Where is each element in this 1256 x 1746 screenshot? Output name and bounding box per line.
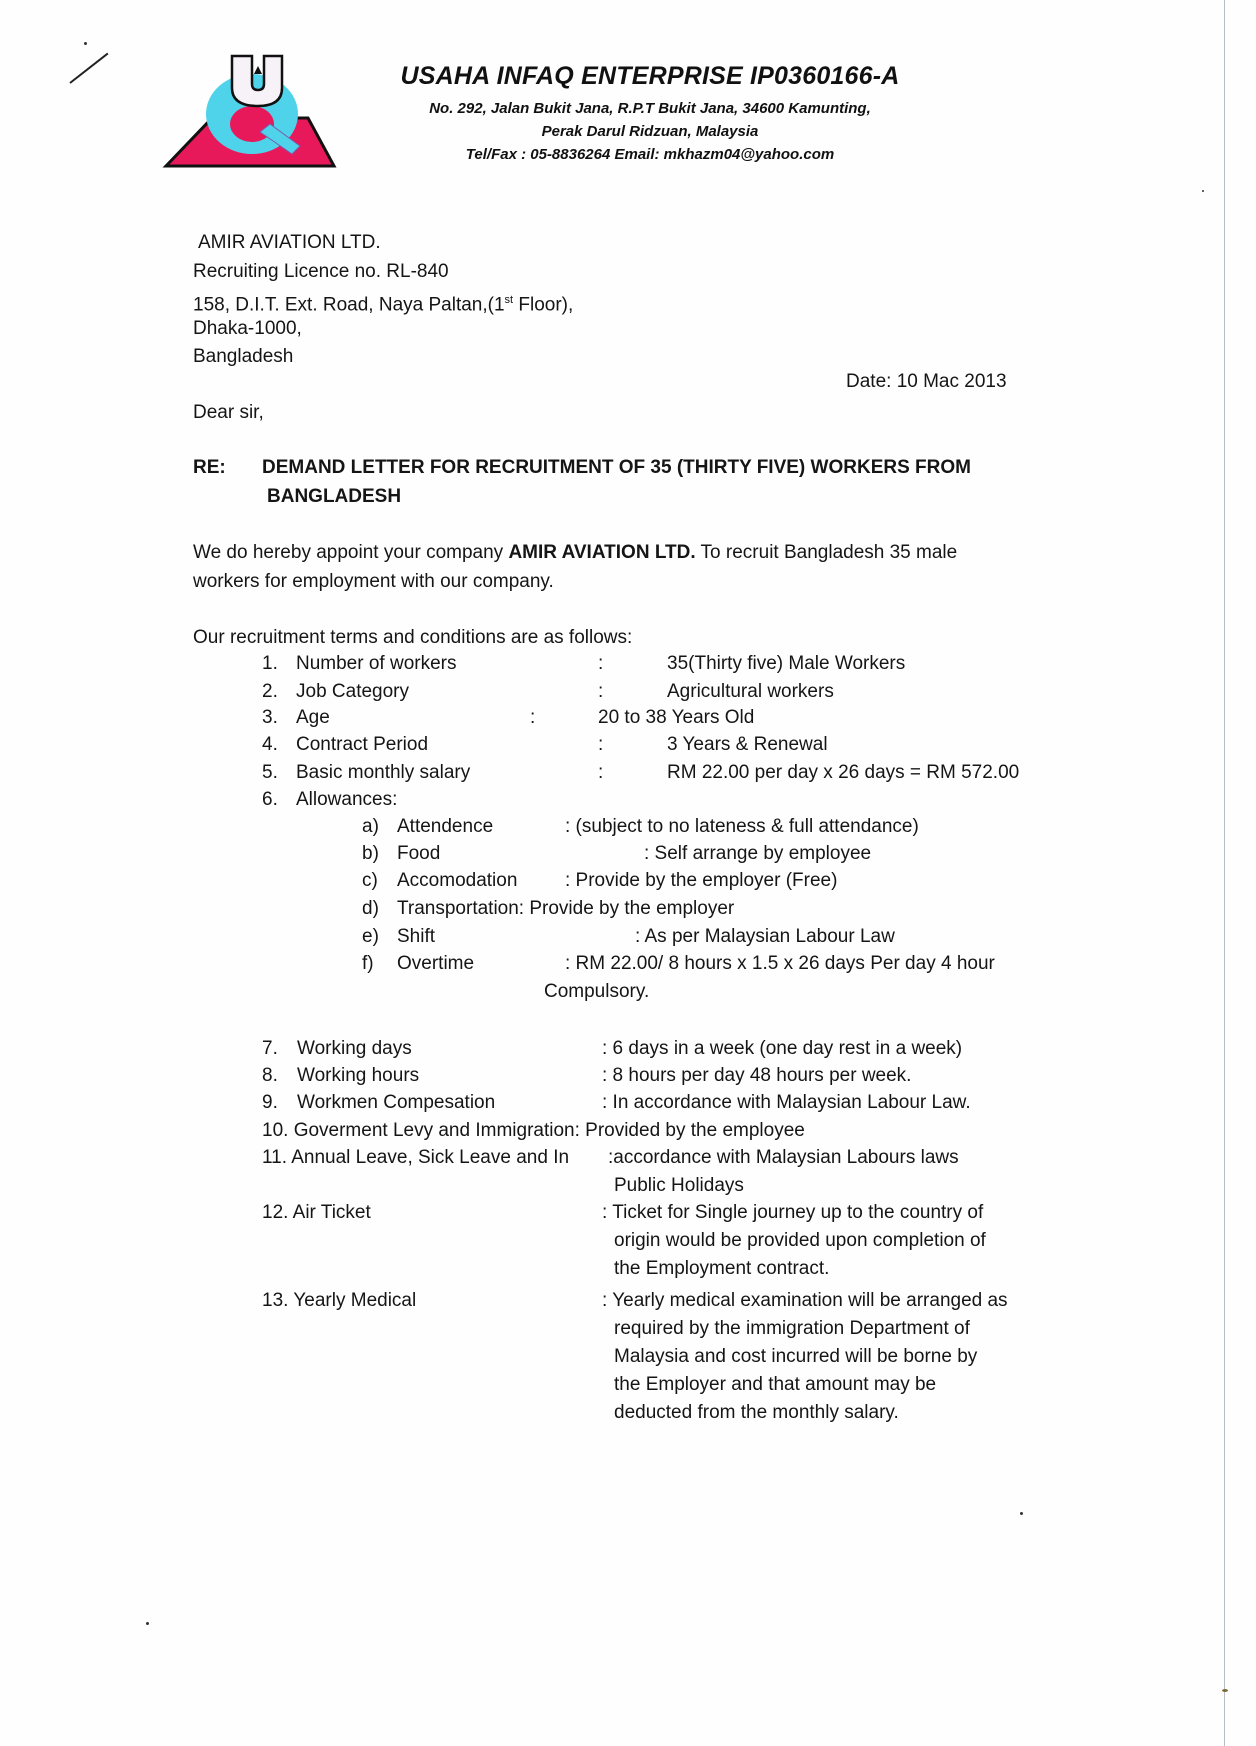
allowance-value-continuation: Compulsory. [544,979,649,1005]
company-name: USAHA INFAQ ENTERPRISE IP0360166-A [360,62,940,91]
allowance-label: Attendence [397,814,493,840]
allowance-label: Overtime [397,951,474,977]
term-label: Contract Period [296,732,428,758]
intro-text: We do hereby appoint your company [193,542,508,563]
scan-speck [1202,190,1204,192]
allowance-value: : RM 22.00/ 8 hours x 1.5 x 26 days Per … [565,951,995,977]
addressee-block: AMIR AVIATION LTD. Recruiting Licence no… [193,230,573,373]
term-value-continuation: deducted from the monthly salary. [614,1400,899,1426]
term-value: : Yearly medical examination will be arr… [602,1288,1008,1314]
allowance-letter: d) [362,896,379,922]
term-number: 9. [262,1090,278,1116]
addressee-country: Bangladesh [193,344,573,373]
subject-line2: BANGLADESH [267,484,401,510]
allowance-label: Transportation: Provide by the employer [397,896,734,922]
intro-paragraph-line1: We do hereby appoint your company AMIR A… [193,540,1088,566]
term-label: Job Category [296,679,409,705]
term-number: 3. [262,705,278,731]
term-value-continuation: the Employer and that amount may be [614,1372,936,1398]
term-value-continuation: Malaysia and cost incurred will be borne… [614,1344,977,1370]
addressee-licence: Recruiting Licence no. RL-840 [193,259,573,288]
intro-company-name: AMIR AVIATION LTD. [508,542,695,563]
term-label: 11. Annual Leave, Sick Leave and In [262,1145,569,1171]
logo-u-pointer [254,66,262,74]
allowance-letter: a) [362,814,379,840]
addressee-name: AMIR AVIATION LTD. [193,230,573,259]
allowance-label: Shift [397,924,435,950]
term-label: Allowances: [296,787,397,813]
company-address-line1: No. 292, Jalan Bukit Jana, R.P.T Bukit J… [360,97,940,120]
intro-text-continued: To recruit Bangladesh 35 male [696,542,958,563]
term-number: 2. [262,679,278,705]
term-value: 3 Years & Renewal [667,732,828,758]
term-value: : 8 hours per day 48 hours per week. [602,1063,911,1089]
term-colon: : [598,732,603,758]
term-label: 12. Air Ticket [262,1200,371,1226]
addressee-city: Dhaka-1000, [193,316,573,345]
term-value: 20 to 38 Years Old [598,705,754,731]
term-colon: : [598,679,603,705]
company-address-line2: Perak Darul Ridzuan, Malaysia [360,120,940,143]
allowance-letter: f) [362,951,374,977]
allowance-value: : (subject to no lateness & full attenda… [565,814,919,840]
allowance-value: : Self arrange by employee [644,841,871,867]
term-colon: : [598,651,603,677]
term-value: : In accordance with Malaysian Labour La… [602,1090,971,1116]
term-number: 4. [262,732,278,758]
term-value: :accordance with Malaysian Labours laws [608,1145,959,1171]
term-value: 35(Thirty five) Male Workers [667,651,905,677]
term-label: Number of workers [296,651,457,677]
allowance-value: : As per Malaysian Labour Law [635,924,895,950]
term-value: RM 22.00 per day x 26 days = RM 572.00 [667,760,1019,786]
term-number: 8. [262,1063,278,1089]
allowance-letter: e) [362,924,379,950]
term-label: 10. Goverment Levy and Immigration: Prov… [262,1118,805,1144]
term-colon: : [598,760,603,786]
salutation: Dear sir, [193,400,264,426]
street-prefix: 158, D.I.T. Ext. Road, Naya Paltan,(1 [193,295,505,316]
letter-date: Date: 10 Mac 2013 [846,369,1007,395]
term-value-continuation: the Employment contract. [614,1256,829,1282]
scan-speck [146,1622,149,1625]
term-label: Basic monthly salary [296,760,470,786]
scanner-edge-line [1224,0,1225,1746]
term-label: Working hours [297,1063,419,1089]
street-suffix: Floor), [513,295,573,316]
allowance-label: Accomodation [397,868,517,894]
term-number: 1. [262,651,278,677]
subject-label: RE: [193,455,226,481]
addressee-street: 158, D.I.T. Ext. Road, Naya Paltan,(1st … [193,287,573,316]
term-number: 6. [262,787,278,813]
term-label: Workmen Compesation [297,1090,495,1116]
term-number: 7. [262,1036,278,1062]
term-number: 5. [262,760,278,786]
intro-paragraph-line2: workers for employment with our company. [193,569,554,595]
term-label: Working days [297,1036,412,1062]
term-value: Agricultural workers [667,679,834,705]
term-value-continuation: origin would be provided upon completion… [614,1228,986,1254]
term-colon: : [530,705,535,731]
pen-stroke-mark [69,53,108,84]
company-logo [160,52,340,172]
scan-speck [1020,1512,1023,1515]
term-value-continuation: Public Holidays [614,1173,744,1199]
term-value-continuation: required by the immigration Department o… [614,1316,970,1342]
term-label: Age [296,705,330,731]
scanned-letter-page: USAHA INFAQ ENTERPRISE IP0360166-A No. 2… [0,0,1256,1746]
scan-speck [84,42,87,45]
term-label: 13. Yearly Medical [262,1288,416,1314]
allowance-label: Food [397,841,440,867]
company-contact: Tel/Fax : 05-8836264 Email: mkhazm04@yah… [360,143,940,166]
term-value: : 6 days in a week (one day rest in a we… [602,1036,962,1062]
letterhead: USAHA INFAQ ENTERPRISE IP0360166-A No. 2… [360,62,940,166]
subject-line1: DEMAND LETTER FOR RECRUITMENT OF 35 (THI… [262,455,971,481]
allowance-letter: b) [362,841,379,867]
scan-speck [1222,1689,1228,1692]
term-value: : Ticket for Single journey up to the co… [602,1200,983,1226]
terms-intro: Our recruitment terms and conditions are… [193,625,632,651]
allowance-letter: c) [362,868,378,894]
allowance-value: : Provide by the employer (Free) [565,868,837,894]
street-superscript: st [505,294,514,306]
